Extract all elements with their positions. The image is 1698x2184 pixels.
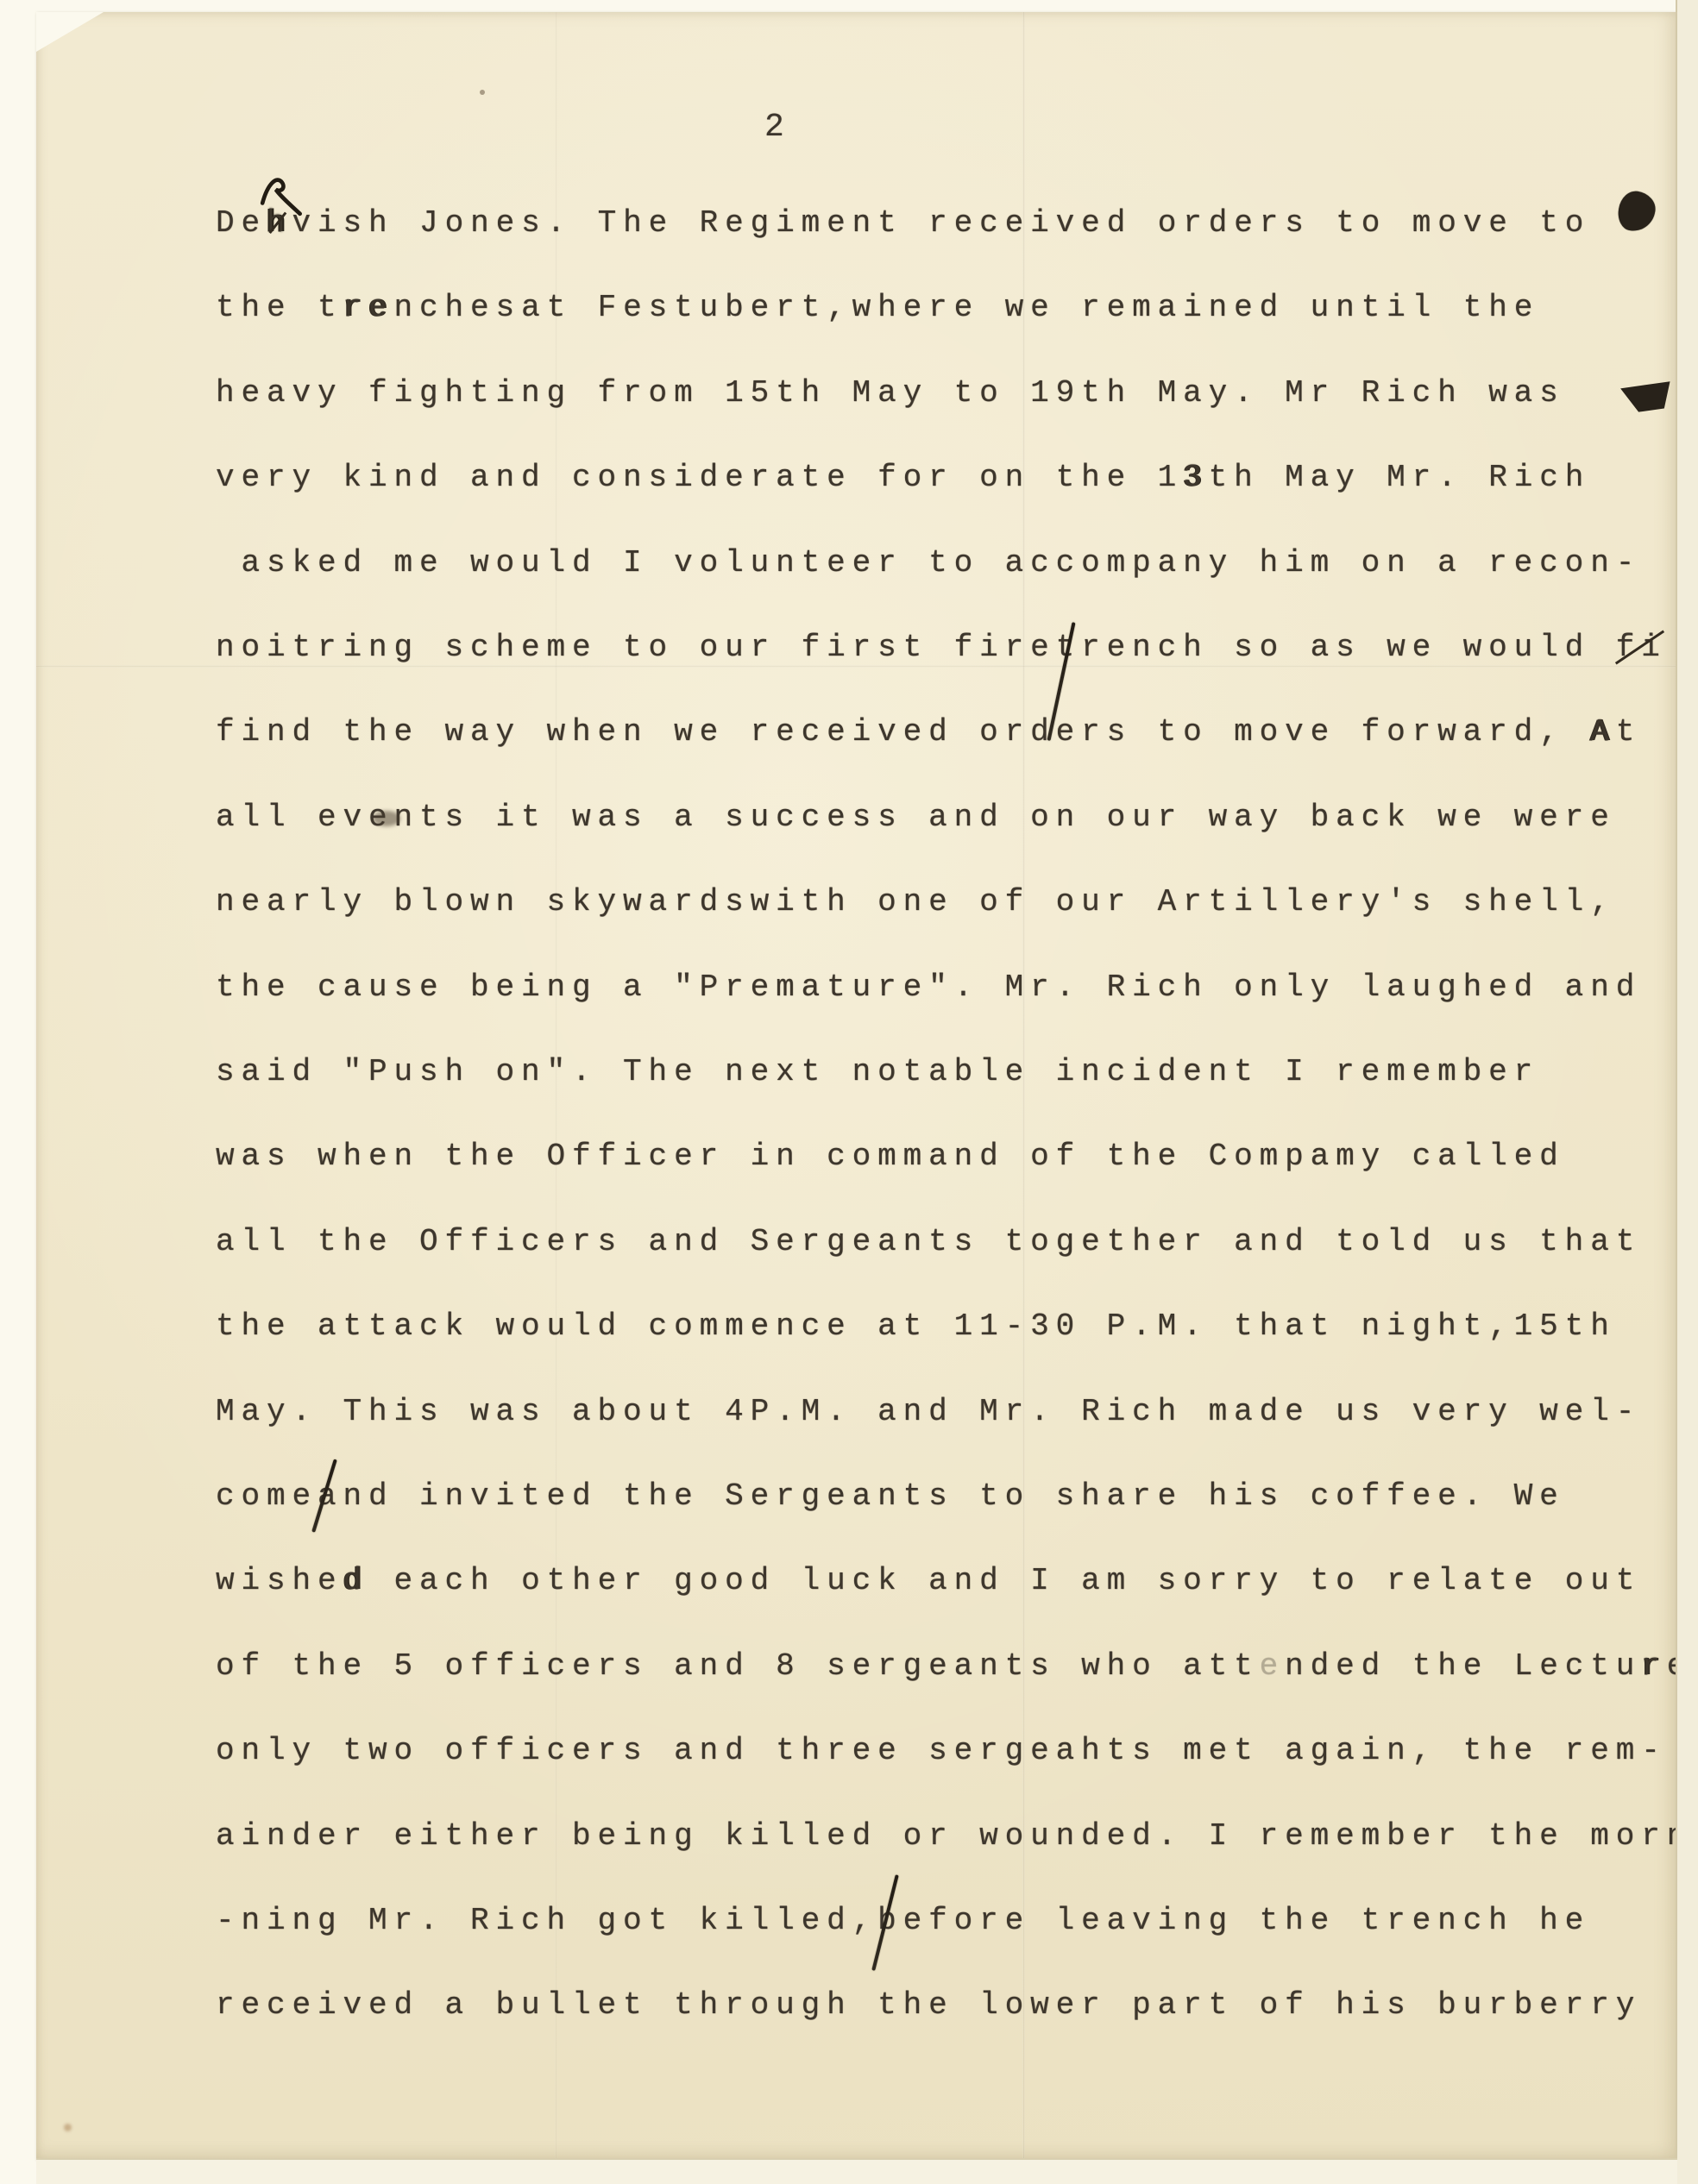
typed-line-11: said "Push on". The next notable inciden… <box>216 1054 1539 1095</box>
typed-line-8: all events it was a success and on our w… <box>216 800 1616 841</box>
typed-line-7: find the way when we received orders to … <box>216 714 1641 756</box>
typed-line-9: nearly blown skywardswith one of our Art… <box>216 884 1616 926</box>
typed-line-18: of the 5 officers and 8 sergeants who at… <box>216 1648 1677 1690</box>
foxing-dot-bottom-left <box>64 2124 72 2131</box>
handwritten-r-correction <box>254 167 312 217</box>
sheet-corner <box>36 12 104 52</box>
typed-line-1: Dehvish Jones. The Regiment received ord… <box>216 205 1590 247</box>
typed-line-5: asked me would I volunteer to accompany … <box>216 545 1641 587</box>
typed-line-22: received a bullet through the lower part… <box>216 1987 1641 2029</box>
typed-line-4: very kind and considerate for on the 13t… <box>216 460 1590 501</box>
typed-line-21: -ning Mr. Rich got killed,before leaving… <box>216 1903 1590 1944</box>
typed-line-6: noitring scheme to our first firetrench … <box>216 630 1667 671</box>
scan-margin-right <box>1676 0 1698 2184</box>
typed-line-14: the attack would commence at 11-30 P.M. … <box>216 1309 1616 1350</box>
typed-line-16: comeand invited the Sergeants to share h… <box>216 1478 1565 1520</box>
page-number: 2 <box>764 109 784 146</box>
paper-sheet: 2 Dehvish Jones. The Regiment received o… <box>36 12 1677 2160</box>
ink-blob-line1-end <box>1616 189 1658 234</box>
paper-speck <box>480 90 485 95</box>
typed-line-15: May. This was about 4P.M. and Mr. Rich m… <box>216 1394 1641 1435</box>
typed-line-17: wished each other good luck and I am sor… <box>216 1563 1641 1604</box>
typed-line-3: heavy fighting from 15th May to 19th May… <box>216 375 1565 417</box>
ink-smudge <box>373 811 400 826</box>
typed-line-19: only two officers and three sergeahts me… <box>216 1733 1667 1774</box>
typed-line-2: the trenchesat Festubert,where we remain… <box>216 290 1539 331</box>
typed-line-13: all the Officers and Sergeants together … <box>216 1224 1641 1265</box>
typed-line-12: was when the Officer in command of the C… <box>216 1139 1565 1180</box>
typed-line-10: the cause being a "Premature". Mr. Rich … <box>216 970 1641 1011</box>
ink-blot-line3-end <box>1620 381 1677 439</box>
typed-line-20: ainder either being killed or wounded. I… <box>216 1818 1677 1860</box>
document-scan: 2 Dehvish Jones. The Regiment received o… <box>0 0 1698 2184</box>
scan-margin-bottom <box>36 2158 1677 2184</box>
